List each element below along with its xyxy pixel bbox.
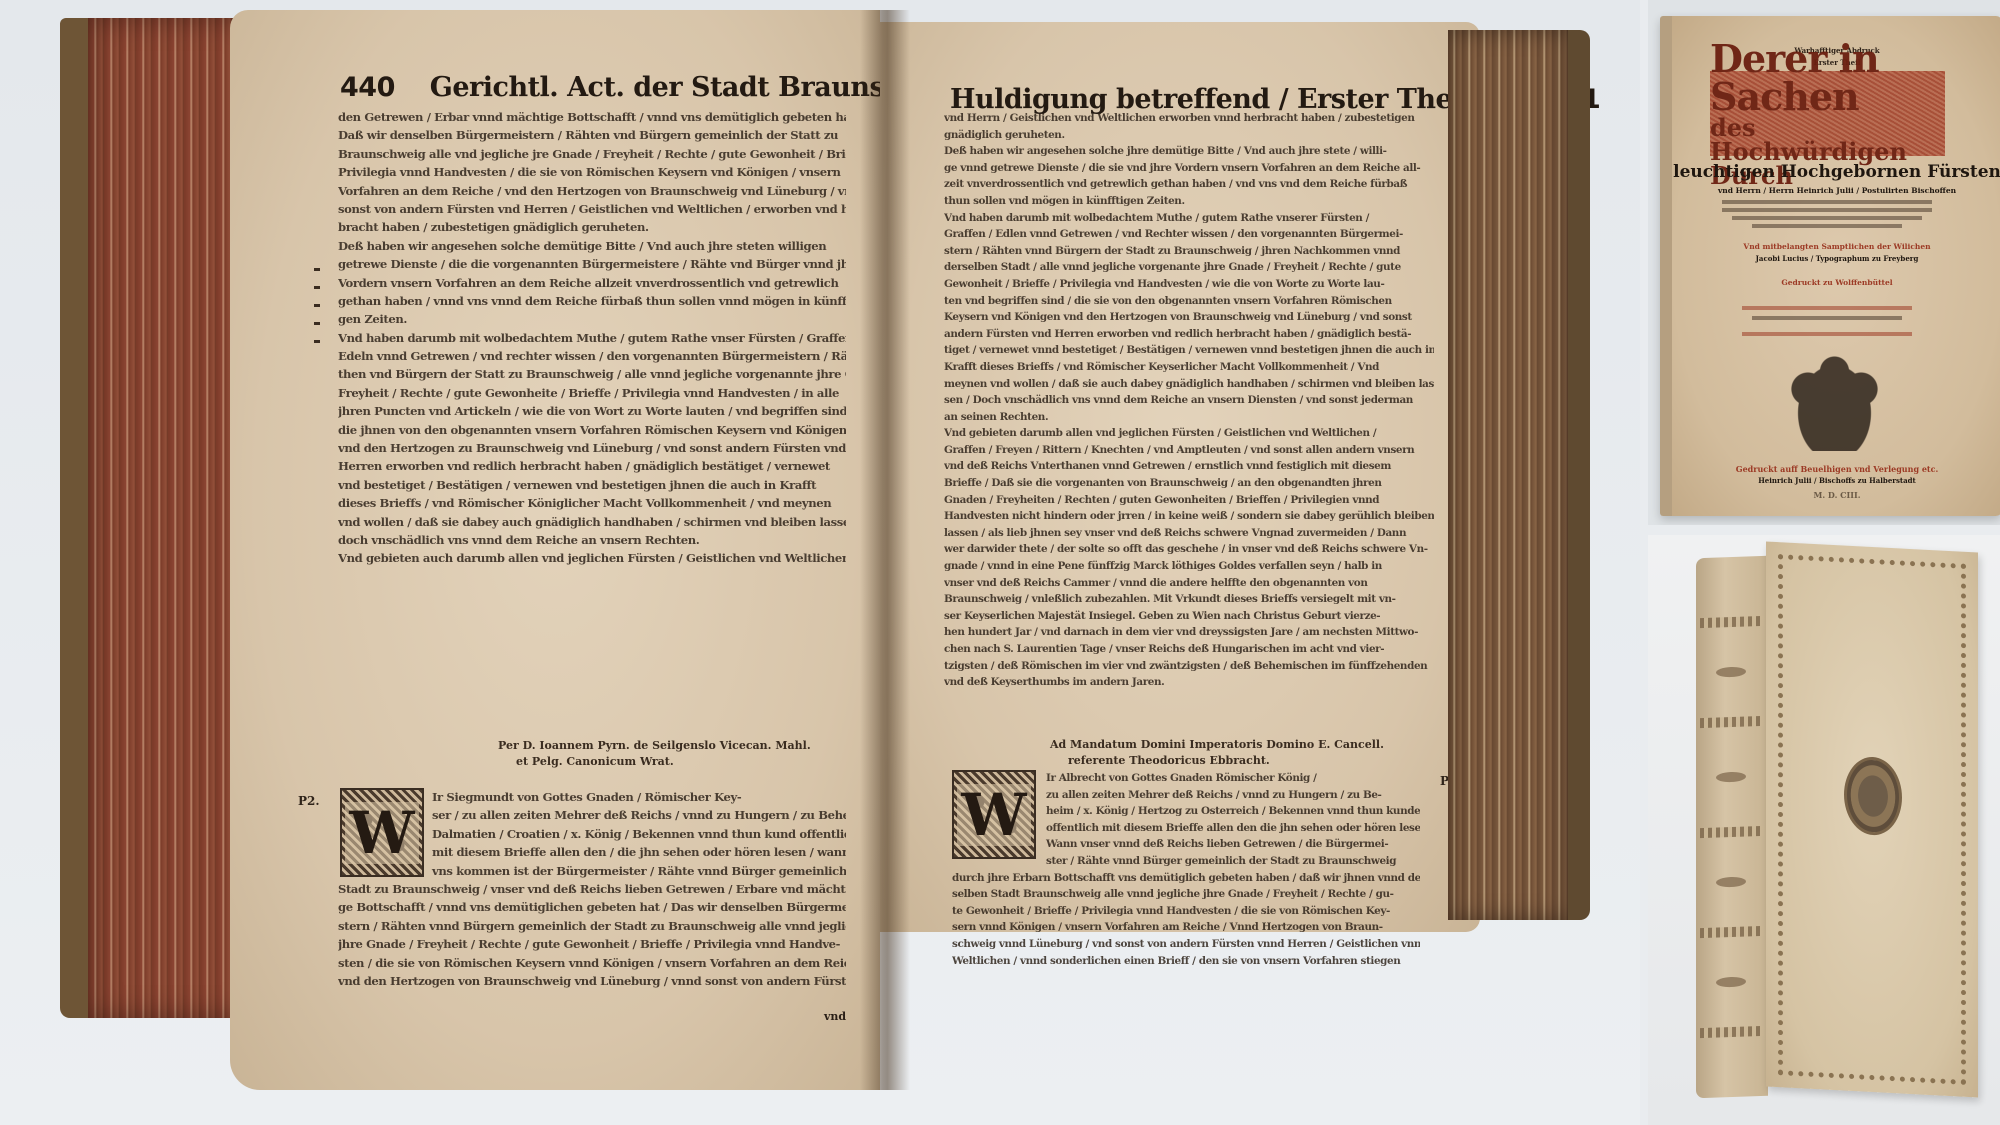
title-page-photo: Warhafftiger Abdruck Erster Theil Derer …	[1648, 0, 2000, 525]
black-line: Jacobi Lucius / Typographum zu Freyberg	[1672, 254, 2000, 263]
text-line: dieses Brieffs / vnd Römischer Königlich…	[338, 494, 846, 512]
text-line: ser Keyserlichen Majestät Insiegel. Gebe…	[944, 608, 1434, 625]
spine-band	[1700, 1026, 1764, 1038]
spine-ornament	[1716, 667, 1746, 678]
spine-band	[1700, 926, 1764, 938]
text-line: Vnd gebieten auch darumb allen vnd jegli…	[338, 549, 846, 567]
spine-band	[1700, 826, 1764, 838]
right-page: Huldigung betreffend / Erster Theil. 441…	[880, 22, 1480, 932]
text-line: gnade / vnnd in eine Pene fünffzig Marck…	[944, 558, 1434, 575]
text-line: Deß haben wir angesehen solche demütige …	[338, 237, 846, 255]
text-line: Freyheit / Rechte / gute Gewonheite / Br…	[338, 384, 846, 402]
text-line: te Gewonheit / Brieffe / Privilegia vnnd…	[952, 903, 1420, 920]
text-line: Handvesten nicht hindern oder jrren / in…	[944, 508, 1434, 525]
text-line: ge vnnd getrewe Dienste / die sie vnd jh…	[944, 160, 1434, 177]
spine-ornament	[1716, 877, 1746, 888]
text-line: Keysern vnd Königen vnd den Hertzogen vo…	[944, 309, 1434, 326]
text-line: stern / Rähten vnnd Bürgern gemeinlich d…	[338, 917, 846, 935]
text-line: an seinen Rechten.	[944, 409, 1434, 426]
text-line: Daß wir denselben Bürgermeistern / Rähte…	[338, 126, 846, 144]
spine-band	[1700, 616, 1764, 628]
text-line: andern Fürsten vnd Herren erworben vnd r…	[944, 326, 1434, 343]
signature-line: et Pelg. Canonicum Wrat.	[498, 754, 828, 770]
imprint-year: M. D. CIII.	[1672, 490, 2000, 500]
text-line: Privilegia vnnd Handvesten / die sie von…	[338, 163, 846, 181]
text-line: vnd deß Reichs Vnterthanen vnnd Getrewen…	[944, 458, 1434, 475]
text-line: Vnd haben darumb mit wolbedachtem Muthe …	[944, 210, 1434, 227]
right-signature: Ad Mandatum Domini Imperatoris Domino E.…	[1050, 737, 1410, 769]
signature-line: referente Theodoricus Ebbracht.	[1050, 753, 1410, 769]
text-line: sern vnnd Königen / vnsern Vorfahren am …	[952, 919, 1420, 936]
text-line: selben Stadt Braunschweig alle vnnd jegl…	[952, 886, 1420, 903]
text-line: lassen / als lieb jhnen sey vnser vnd de…	[944, 525, 1434, 542]
black-title-line: leuchtigen Hochgebornen Fürsten	[1672, 162, 2000, 182]
left-letter-text: Ir Siegmundt von Gottes Gnaden / Römisch…	[338, 788, 846, 1028]
text-line: Krafft dieses Brieffs / vnd Römischer Ke…	[944, 359, 1434, 376]
red-page-edges-left	[60, 18, 258, 1018]
vellum-front-cover	[1766, 541, 1978, 1097]
text-line: sen / Doch vnschädlich vns vnnd dem Reic…	[944, 392, 1434, 409]
spine-ornament	[1716, 772, 1746, 783]
page-number-440: 440	[340, 72, 395, 103]
text-line: Ir Siegmundt von Gottes Gnaden / Römisch…	[338, 788, 846, 806]
text-line: wer darwider thete / der solte so offt d…	[944, 541, 1434, 558]
text-line: Deß haben wir angesehen solche jhre demü…	[944, 143, 1434, 160]
red-line: Vnd mitbelangten Samptlichen der Wiliche…	[1672, 242, 2000, 251]
text-line: schweig vnnd Lüneburg / vnd sonst von an…	[952, 936, 1420, 953]
text-line: die jhnen von den obgenannten vnsern Vor…	[338, 421, 846, 439]
text-line: Vordern vnsern Vorfahren an dem Reiche a…	[338, 274, 846, 292]
left-body-text: den Getrewen / Erbar vnnd mächtige Botts…	[338, 108, 846, 563]
text-line: Graffen / Edlen vnnd Getrewen / vnd Rech…	[944, 226, 1434, 243]
text-line: vnser vnd deß Reichs Cammer / vnnd die a…	[944, 575, 1434, 592]
text-line: jhren Puncten vnd Artickeln / wie die vo…	[338, 402, 846, 420]
text-line: Vorfahren an dem Reiche / vnd den Hertzo…	[338, 182, 846, 200]
right-letter-text: Ir Albrecht von Gottes Gnaden Römischer …	[952, 770, 1420, 990]
text-line: Herren erworben vnd redlich herbracht ha…	[338, 457, 846, 475]
text-line: derselben Stadt / alle vnnd jegliche vor…	[944, 259, 1434, 276]
text-line: vnd den Hertzogen von Braunschweig vnd L…	[338, 972, 846, 990]
title-page: Warhafftiger Abdruck Erster Theil Derer …	[1660, 16, 2000, 516]
text-line: bracht haben / zubestetigen gnädiglich g…	[338, 218, 846, 236]
open-book-photo: 440 Gerichtl. Act. der Stadt Braunschwei…	[0, 0, 1640, 1125]
text-line: vnd Herrn / Geistlichen vnd Weltlichen e…	[944, 110, 1434, 127]
text-line: mit diesem Brieffe allen den / die jhn s…	[338, 843, 846, 861]
catchword: vnd	[824, 1010, 846, 1023]
text-line: gen Zeiten.	[338, 310, 846, 328]
text-line: tzigsten / deß Römischen im vier vnd zwä…	[944, 658, 1434, 675]
left-margin-note: P2.	[298, 794, 320, 808]
red-title-block: Derer in Sachen des Hochwürdigen Durch	[1710, 71, 1945, 156]
page-edges-right	[1448, 30, 1590, 920]
open-book: 440 Gerichtl. Act. der Stadt Braunschwei…	[60, 10, 1590, 1070]
text-line: Gewonheit / Brieffe / Privilegia vnd Han…	[944, 276, 1434, 293]
text-line: Gnaden / Freyheiten / Rechten / guten Ge…	[944, 492, 1434, 509]
text-line: chen nach S. Laurentien Tage / vnser Rei…	[944, 641, 1434, 658]
text-line: den Getrewen / Erbar vnnd mächtige Botts…	[338, 108, 846, 126]
imprint-black-line: Heinrich Julii / Bischoffs zu Halberstad…	[1672, 476, 2000, 485]
text-line: Dalmatien / Croatien / x. König / Bekenn…	[338, 825, 846, 843]
small-print-line	[1752, 316, 1902, 320]
left-page: 440 Gerichtl. Act. der Stadt Braunschwei…	[230, 10, 880, 1090]
text-line: offentlich mit diesem Brieffe allen den …	[952, 820, 1420, 837]
text-line: Vnd gebieten darumb allen vnd jeglichen …	[944, 425, 1434, 442]
text-line: Brieffe / Daß sie die vorgenanten von Br…	[944, 475, 1434, 492]
left-signature: Per D. Ioannem Pyrn. de Seilgenslo Vicec…	[498, 738, 828, 770]
text-line: Ir Albrecht von Gottes Gnaden Römischer …	[952, 770, 1420, 787]
text-line: jhre Gnade / Freyheit / Rechte / gute Ge…	[338, 935, 846, 953]
text-line: Edeln vnnd Getrewen / vnd rechter wissen…	[338, 347, 846, 365]
text-line: Braunschweig / vnleßlich zubezahlen. Mit…	[944, 591, 1434, 608]
small-print-line	[1722, 200, 1932, 204]
text-line: vns kommen ist der Bürgermeister / Rähte…	[338, 862, 846, 880]
imprint-red-line: Gedruckt auff Beuelhigen vnd Verlegung e…	[1672, 464, 2000, 474]
text-line: hen hundert Jar / vnd darnach in dem vie…	[944, 624, 1434, 641]
text-line: ten vnd begriffen sind / die sie von den…	[944, 293, 1434, 310]
right-body-text: vnd Herrn / Geistlichen vnd Weltlichen e…	[944, 110, 1434, 695]
text-line: Weltlichen / vnnd sonderlichen einen Bri…	[952, 953, 1420, 970]
text-line: ster / Rähte vnnd Bürger gemeinlich der …	[952, 853, 1420, 870]
text-line: zeit vnverdrossentlich vnd getrewlich ge…	[944, 176, 1434, 193]
spine-ornament	[1716, 977, 1746, 988]
text-line: doch vnschädlich vns vnnd dem Reiche an …	[338, 531, 846, 549]
text-line: ge Bottschafft / vnnd vns demütiglichen …	[338, 898, 846, 916]
text-line: sonst von andern Fürsten vnd Herren / Ge…	[338, 200, 846, 218]
text-line: durch jhre Erbarn Bottschafft vns demüti…	[952, 870, 1420, 887]
small-print-line	[1742, 306, 1912, 310]
text-line: gnädiglich geruheten.	[944, 127, 1434, 144]
book-spine	[1696, 556, 1768, 1099]
red-line: Gedruckt zu Wolffenbüttel	[1672, 278, 2000, 287]
small-print-line	[1742, 332, 1912, 336]
text-line: zu allen zeiten Mehrer deß Reichs / vnnd…	[952, 787, 1420, 804]
text-line: Vnd haben darumb mit wolbedachtem Muthe …	[338, 329, 846, 347]
signature-line: Per D. Ioannem Pyrn. de Seilgenslo Vicec…	[498, 738, 828, 754]
text-line: vnd wollen / daß sie dabey auch gnädigli…	[338, 513, 846, 531]
text-line: gethan haben / vnnd vns vnnd dem Reiche …	[338, 292, 846, 310]
text-line: Wann vnser vnnd deß Reichs lieben Getrew…	[952, 836, 1420, 853]
text-line: meynen vnd wollen / daß sie auch dabey g…	[944, 376, 1434, 393]
small-print-line	[1722, 208, 1932, 212]
text-line: getrewe Dienste / die die vorgenannten B…	[338, 255, 846, 273]
text-line: then vnd Bürgern der Statt zu Braunschwe…	[338, 365, 846, 383]
text-line: sten / die sie von Römischen Keysern vnn…	[338, 954, 846, 972]
text-line: thun sollen vnd mögen in künfftigen Zeit…	[944, 193, 1434, 210]
coat-of-arms-emblem	[1787, 351, 1882, 451]
cover-photo	[1648, 535, 2000, 1125]
text-line: heim / x. König / Hertzog zu Osterreich …	[952, 803, 1420, 820]
text-line: vnd den Hertzogen zu Braunschweig vnd Lü…	[338, 439, 846, 457]
text-line: Graffen / Freyen / Rittern / Knechten / …	[944, 442, 1434, 459]
text-line: Stadt zu Braunschweig / vnser vnd deß Re…	[338, 880, 846, 898]
subtitle-line: vnd Herrn / Herrn Heinrich Julii / Postu…	[1672, 186, 2000, 195]
small-print-line	[1752, 224, 1902, 228]
margin-quote-marks	[314, 268, 324, 358]
text-line: tiget / vernewet vnnd bestetiget / Bestä…	[944, 342, 1434, 359]
signature-line: Ad Mandatum Domini Imperatoris Domino E.…	[1050, 737, 1410, 753]
text-line: vnd bestetiget / Bestätigen / vernewen v…	[338, 476, 846, 494]
text-line: ser / zu allen zeiten Mehrer deß Reichs …	[338, 806, 846, 824]
text-line: vnd deß Keyserthumbs im andern Jaren.	[944, 674, 1434, 691]
small-print-line	[1732, 216, 1922, 220]
spine-band	[1700, 716, 1764, 728]
book-gutter-shadow	[860, 10, 910, 1090]
text-line: stern / Rähten vnnd Bürgern der Stadt zu…	[944, 243, 1434, 260]
text-line: Braunschweig alle vnd jegliche jre Gnade…	[338, 145, 846, 163]
red-title-line: Derer in Sachen	[1710, 40, 1945, 116]
